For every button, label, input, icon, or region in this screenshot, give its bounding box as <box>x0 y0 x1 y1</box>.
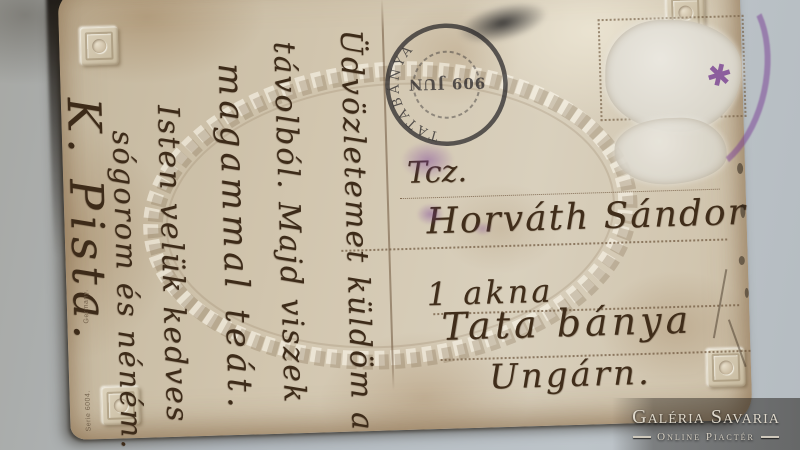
watermark-title: Galéria Savaria <box>632 406 780 429</box>
edge-wear <box>740 204 745 218</box>
watermark-dash <box>761 436 779 438</box>
edge-wear <box>739 256 745 265</box>
edge-imprint-serie: Serie 6004. <box>84 390 92 432</box>
address-line-4: Ungárn. <box>489 353 653 398</box>
postcard: Üdvözletemet küldöm a távolból. Majd vis… <box>57 0 752 440</box>
address-line-3: Tata bánya <box>441 298 693 349</box>
postmark-date-text: 909 JUN <box>407 74 485 94</box>
photo-scene: Üdvözletemet küldöm a távolból. Majd vis… <box>0 0 800 450</box>
watermark-dash <box>633 436 651 438</box>
watermark: Galéria Savaria Online Piactér <box>612 398 800 450</box>
corner-ornament-top-left <box>80 26 119 65</box>
edge-wear <box>737 163 743 174</box>
edge-imprint-country: Germany. <box>82 289 90 323</box>
watermark-subtitle: Online Piactér <box>657 431 755 443</box>
address-recipient: Horváth Sándor <box>426 192 747 242</box>
watermark-subtitle-row: Online Piactér <box>633 431 779 443</box>
edge-wear <box>745 288 749 298</box>
